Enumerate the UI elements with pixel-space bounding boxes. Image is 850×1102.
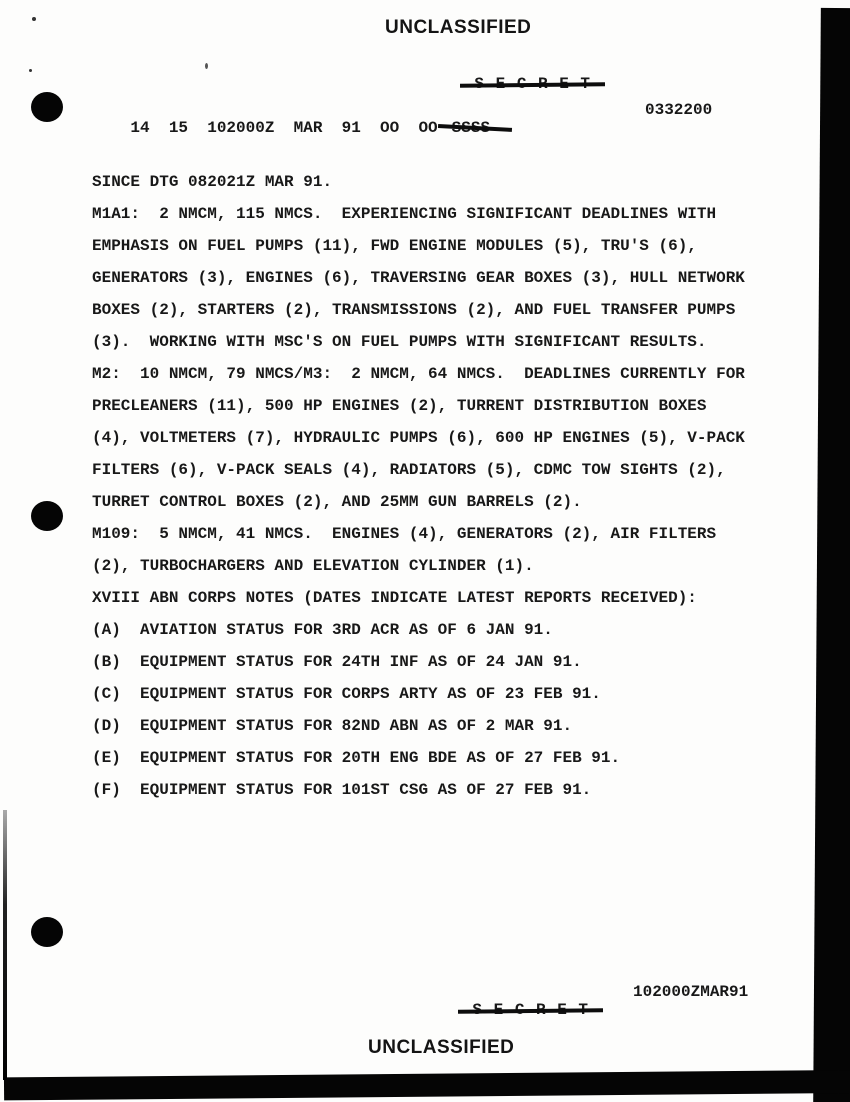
scanned-document-page: UNCLASSIFIED S E C R E T 14 15 102000Z M…	[0, 0, 850, 1102]
punch-hole-top	[31, 92, 63, 122]
body-line: (F) EQUIPMENT STATUS FOR 101ST CSG AS OF…	[92, 774, 745, 806]
secret-stamp-bottom: S E C R E T	[434, 983, 589, 1037]
body-line: (C) EQUIPMENT STATUS FOR CORPS ARTY AS O…	[92, 678, 745, 710]
scan-speck	[29, 69, 32, 72]
secret-stamp-top-text: S E C R E T	[474, 75, 591, 93]
scan-speck	[32, 17, 36, 21]
body-line: BOXES (2), STARTERS (2), TRANSMISSIONS (…	[92, 294, 745, 326]
body-line: TURRET CONTROL BOXES (2), AND 25MM GUN B…	[92, 486, 745, 518]
body-line: (2), TURBOCHARGERS AND ELEVATION CYLINDE…	[92, 550, 745, 582]
scan-speck	[205, 63, 208, 69]
punch-hole-bottom	[31, 917, 63, 947]
body-line: (D) EQUIPMENT STATUS FOR 82ND ABN AS OF …	[92, 710, 745, 742]
message-header-left: 14 15 102000Z MAR 91 OO OO	[130, 119, 437, 137]
body-line: GENERATORS (3), ENGINES (6), TRAVERSING …	[92, 262, 745, 294]
body-line: M2: 10 NMCM, 79 NMCS/M3: 2 NMCM, 64 NMCS…	[92, 358, 745, 390]
body-line: (B) EQUIPMENT STATUS FOR 24TH INF AS OF …	[92, 646, 745, 678]
message-header-redacted-code: SSSS	[452, 119, 490, 137]
body-line: (A) AVIATION STATUS FOR 3RD ACR AS OF 6 …	[92, 614, 745, 646]
body-line: (E) EQUIPMENT STATUS FOR 20TH ENG BDE AS…	[92, 742, 745, 774]
classification-banner-top: UNCLASSIFIED	[385, 17, 531, 39]
body-line: M1A1: 2 NMCM, 115 NMCS. EXPERIENCING SIG…	[92, 198, 745, 230]
message-body: SINCE DTG 082021Z MAR 91. M1A1: 2 NMCM, …	[92, 166, 745, 806]
body-line: FILTERS (6), V-PACK SEALS (4), RADIATORS…	[92, 454, 745, 486]
classification-banner-bottom: UNCLASSIFIED	[368, 1037, 514, 1059]
punch-hole-middle	[31, 501, 63, 531]
body-line: PRECLEANERS (11), 500 HP ENGINES (2), TU…	[92, 390, 745, 422]
body-line: (4), VOLTMETERS (7), HYDRAULIC PUMPS (6)…	[92, 422, 745, 454]
scan-edge-left	[3, 810, 7, 1080]
body-line: EMPHASIS ON FUEL PUMPS (11), FWD ENGINE …	[92, 230, 745, 262]
message-serial-number: 0332200	[645, 101, 712, 119]
footer-date-time-group: 102000ZMAR91	[633, 983, 748, 1001]
body-line: (3). WORKING WITH MSC'S ON FUEL PUMPS WI…	[92, 326, 745, 358]
message-header-line: 14 15 102000Z MAR 91 OO OOSSSS	[92, 101, 490, 155]
scan-edge-bottom	[4, 1070, 850, 1100]
secret-stamp-bottom-text: S E C R E T	[472, 1001, 589, 1019]
body-line: SINCE DTG 082021Z MAR 91.	[92, 166, 745, 198]
body-line: XVIII ABN CORPS NOTES (DATES INDICATE LA…	[92, 582, 745, 614]
scan-edge-right	[813, 8, 850, 1102]
body-line: M109: 5 NMCM, 41 NMCS. ENGINES (4), GENE…	[92, 518, 745, 550]
